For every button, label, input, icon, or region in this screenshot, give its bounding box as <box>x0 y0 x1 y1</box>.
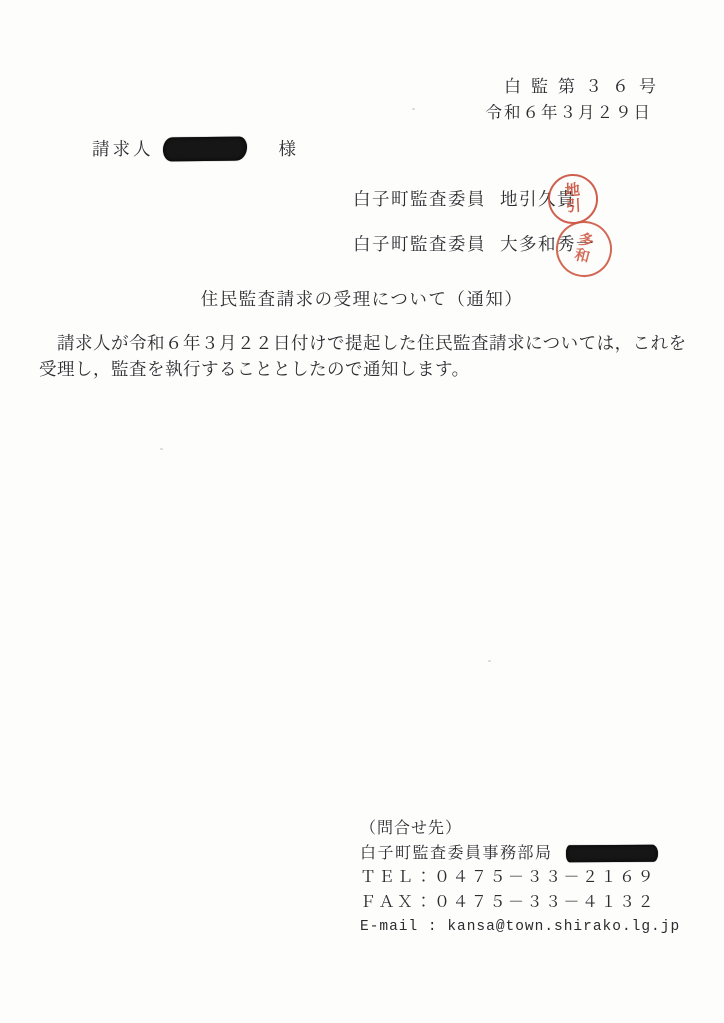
red-seal-stamp-2: 多 和 <box>550 215 618 283</box>
signer-2-title: 白子町監査委員 <box>353 234 486 254</box>
scan-speck <box>160 448 163 450</box>
contact-tel: ＴＥＬ：０４７５－３３－２１６９ <box>360 866 680 891</box>
addressee-honorific: 様 <box>279 136 300 161</box>
document-number: 白監第３６号 <box>504 72 666 97</box>
seal-2-char-bottom: 和 <box>573 247 591 266</box>
contact-heading: （問合せ先） <box>360 817 680 842</box>
contact-block: （問合せ先） 白子町監査委員事務部局 ＴＥＬ：０４７５－３３－２１６９ ＦＡＸ：… <box>360 817 680 940</box>
scan-speck <box>412 108 415 110</box>
contact-email: E-mail : kansa@town.shirako.lg.jp <box>360 915 680 940</box>
contact-office: 白子町監査委員事務部局 <box>360 842 553 867</box>
redacted-addressee-name <box>162 136 246 161</box>
document-date: 令和６年３月２９日 <box>486 99 653 123</box>
red-seal-stamp-1: 地 引 <box>547 173 600 226</box>
subject-title: 住民監査請求の受理について（通知） <box>0 286 724 311</box>
addressee-label: 請求人 <box>92 136 154 161</box>
redacted-staff-name <box>565 845 657 863</box>
signer-1-title: 白子町監査委員 <box>353 189 486 209</box>
body-line-1: 請求人が令和６年３月２２日付けで提起した住民監査請求については，これを <box>39 330 694 356</box>
body-line-2: 受理し，監査を執行することとしたので通知します。 <box>39 356 694 382</box>
contact-fax: ＦＡＸ：０４７５－３３－４１３２ <box>360 891 680 916</box>
addressee-line: 請求人 様 <box>92 136 299 161</box>
contact-office-line: 白子町監査委員事務部局 <box>360 842 680 867</box>
body-paragraph: 請求人が令和６年３月２２日付けで提起した住民監査請求については，これを 受理し，… <box>39 330 694 382</box>
signer-line-1: 白子町監査委員地引久貴 <box>353 186 576 211</box>
scanned-notice-page: 白監第３６号 令和６年３月２９日 請求人 様 白子町監査委員地引久貴 地 引 白… <box>0 0 724 1023</box>
scan-speck <box>488 660 491 662</box>
seal-1-char-top: 地 <box>565 183 581 200</box>
seal-1-char-bottom: 引 <box>565 199 581 216</box>
